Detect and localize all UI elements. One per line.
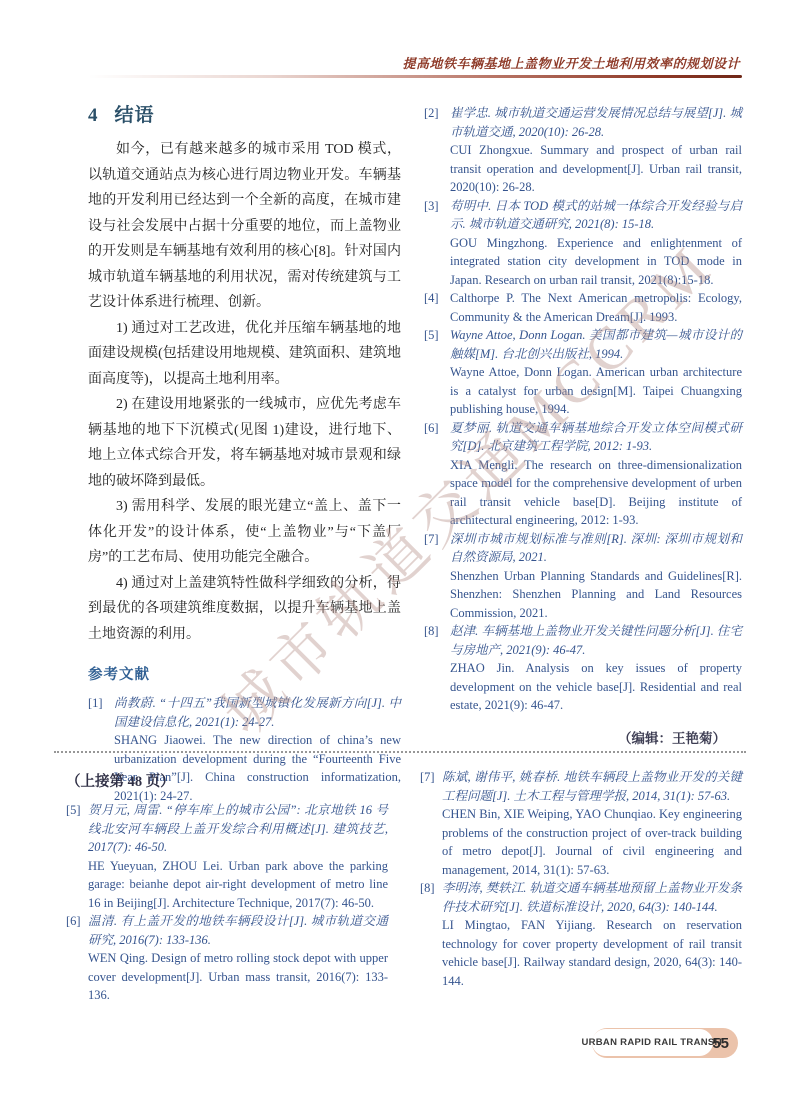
continued-section: （上接第 48 页） [5] 贺月元, 周雷. “停车库上的城市公园”: 北京地…	[66, 768, 742, 1020]
reference-text-en: Calthorpe P. The Next American metropoli…	[450, 289, 742, 326]
reference-number: [2]	[424, 104, 439, 123]
reference-text-en: WEN Qing. Design of metro rolling stock …	[88, 949, 388, 1005]
reference-number: [3]	[424, 197, 439, 216]
reference-text-zh: 赵津. 车辆基地上盖物业开发关键性问题分析[J]. 住宅与房地产, 2021(9…	[450, 622, 742, 659]
reference-text-en: GOU Mingzhong. Experience and enlightenm…	[450, 234, 742, 290]
header-rule	[88, 75, 742, 78]
running-title: 提高地铁车辆基地上盖物业开发土地利用效率的规划设计	[402, 53, 740, 72]
reference-number: [1]	[88, 694, 103, 713]
reference-text-zh: 李明涛, 樊轶江. 轨道交通车辆基地预留上盖物业开发条件技术研究[J]. 铁道标…	[442, 879, 742, 916]
reference-item: [2] 崔学忠. 城市轨道交通运营发展情况总结与展望[J]. 城市轨道交通, 2…	[424, 104, 742, 197]
reference-text-zh: 深圳市城市规划标准与准则[R]. 深圳: 深圳市规划和自然资源局, 2021.	[450, 530, 742, 567]
left-column: 4结语 如今，已有越来越多的城市采用 TOD 模式，以轨道交通站点为核心进行周边…	[88, 100, 401, 805]
reference-number: [7]	[420, 768, 435, 787]
reference-number: [7]	[424, 530, 439, 549]
reference-list-continued: [5] 贺月元, 周雷. “停车库上的城市公园”: 北京地铁 16 号线北安河车…	[66, 768, 742, 1020]
reference-item: [7] 深圳市城市规划标准与准则[R]. 深圳: 深圳市规划和自然资源局, 20…	[424, 530, 742, 623]
reference-item: [8] 赵津. 车辆基地上盖物业开发关键性问题分析[J]. 住宅与房地产, 20…	[424, 622, 742, 715]
body-paragraph: 3) 需用科学、发展的眼光建立“盖上、盖下一体化开发”的设计体系，使“上盖物业”…	[88, 494, 401, 571]
reference-text-en: Wayne Attoe, Donn Logan. American urban …	[450, 363, 742, 419]
section-title: 结语	[115, 105, 155, 126]
reference-text-zh: Wayne Attoe, Donn Logan. 美国都市建筑—城市设计的触媒[…	[450, 326, 742, 363]
body-paragraph: 2) 在建设用地紧张的一线城市，应优先考虑车辆基地的地下下沉模式(见图 1)建设…	[88, 392, 401, 494]
reference-item: [3] 苟明中. 日本 TOD 模式的站城一体综合开发经验与启示. 城市轨道交通…	[424, 197, 742, 290]
reference-number: [8]	[424, 622, 439, 641]
reference-number: [8]	[420, 879, 435, 898]
reference-number: [6]	[66, 912, 81, 931]
reference-text-zh: 崔学忠. 城市轨道交通运营发展情况总结与展望[J]. 城市轨道交通, 2020(…	[450, 104, 742, 141]
reference-list-right: [2] 崔学忠. 城市轨道交通运营发展情况总结与展望[J]. 城市轨道交通, 2…	[424, 104, 742, 715]
body-paragraph: 1) 通过对工艺改进，优化并压缩车辆基地的地面建设规模(包括建设用地规模、建筑面…	[88, 316, 401, 393]
reference-text-en: XIA Mengli. The research on three-dimens…	[450, 456, 742, 530]
reference-text-zh: 苟明中. 日本 TOD 模式的站城一体综合开发经验与启示. 城市轨道交通研究, …	[450, 197, 742, 234]
reference-number: [4]	[424, 289, 439, 308]
section-heading: 4结语	[88, 100, 401, 127]
reference-item: [8] 李明涛, 樊轶江. 轨道交通车辆基地预留上盖物业开发条件技术研究[J].…	[420, 879, 742, 990]
reference-text-zh: 温清. 有上盖开发的地铁车辆段设计[J]. 城市轨道交通研究, 2016(7):…	[88, 912, 388, 949]
reference-text-zh: 贺月元, 周雷. “停车库上的城市公园”: 北京地铁 16 号线北安河车辆段上盖…	[88, 801, 388, 857]
reference-text-en: CUI Zhongxue. Summary and prospect of ur…	[450, 141, 742, 197]
reference-text-en: ZHAO Jin. Analysis on key issues of prop…	[450, 659, 742, 715]
reference-item: [5] Wayne Attoe, Donn Logan. 美国都市建筑—城市设计…	[424, 326, 742, 419]
page-number: 55	[712, 1028, 729, 1058]
reference-text-en: CHEN Bin, XIE Weiping, YAO Chunqiao. Key…	[442, 805, 742, 879]
editor-note: （编辑：傅依萱）	[774, 768, 800, 788]
reference-number: [5]	[66, 801, 81, 820]
reference-item: [6] 夏梦丽. 轨道交通车辆基地综合开发立体空间模式研究[D]. 北京建筑工程…	[424, 419, 742, 530]
reference-item: [5] 贺月元, 周雷. “停车库上的城市公园”: 北京地铁 16 号线北安河车…	[66, 801, 388, 912]
reference-text-en: HE Yueyuan, ZHOU Lei. Urban park above t…	[88, 857, 388, 913]
reference-text-zh: 尚教蔚. “十四五”我国新型城镇化发展新方向[J]. 中国建设信息化, 2021…	[114, 694, 401, 731]
reference-item: [6] 温清. 有上盖开发的地铁车辆段设计[J]. 城市轨道交通研究, 2016…	[66, 912, 388, 1005]
right-column: [2] 崔学忠. 城市轨道交通运营发展情况总结与展望[J]. 城市轨道交通, 2…	[424, 104, 742, 747]
reference-text-en: Shenzhen Urban Planning Standards and Gu…	[450, 567, 742, 623]
journal-name-pill: URBAN RAPID RAIL TRANSIT	[592, 1029, 713, 1056]
section-divider	[54, 751, 746, 753]
body-paragraph: 如今，已有越来越多的城市采用 TOD 模式，以轨道交通站点为核心进行周边物业开发…	[88, 137, 401, 316]
section-number: 4	[88, 105, 99, 126]
reference-text-zh: 夏梦丽. 轨道交通车辆基地综合开发立体空间模式研究[D]. 北京建筑工程学院, …	[450, 419, 742, 456]
reference-text-en: LI Mingtao, FAN Yijiang. Research on res…	[442, 916, 742, 990]
journal-page: 提高地铁车辆基地上盖物业开发土地利用效率的规划设计 城市轨道交通MCCRM 4结…	[0, 0, 800, 1095]
body-paragraphs: 如今，已有越来越多的城市采用 TOD 模式，以轨道交通站点为核心进行周边物业开发…	[88, 137, 401, 647]
continued-from-label: （上接第 48 页）	[66, 770, 388, 791]
reference-item: [7] 陈斌, 谢伟平, 姚春桥. 地铁车辆段上盖物业开发的关键工程问题[J].…	[420, 768, 742, 879]
editor-note: （编辑：王艳菊）	[424, 727, 726, 747]
journal-footer: URBAN RAPID RAIL TRANSIT 55	[592, 1028, 738, 1058]
body-paragraph: 4) 通过对上盖建筑特性做科学细致的分析，得到最优的各项建筑维度数据，以提升车辆…	[88, 571, 401, 648]
reference-text-zh: 陈斌, 谢伟平, 姚春桥. 地铁车辆段上盖物业开发的关键工程问题[J]. 土木工…	[442, 768, 742, 805]
references-heading: 参考文献	[88, 663, 401, 684]
journal-name: URBAN RAPID RAIL TRANSIT	[581, 1037, 723, 1048]
reference-item: [4] Calthorpe P. The Next American metro…	[424, 289, 742, 326]
reference-number: [6]	[424, 419, 439, 438]
reference-number: [5]	[424, 326, 439, 345]
